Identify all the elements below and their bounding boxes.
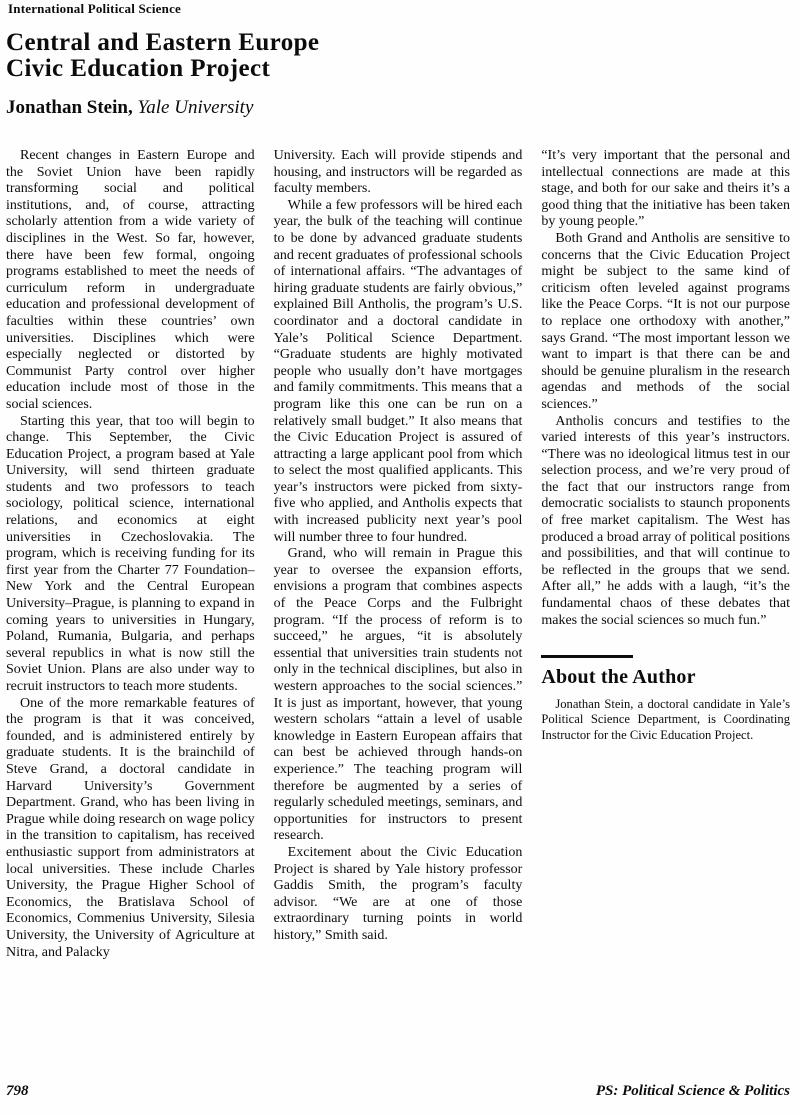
journal-title: PS: Political Science & Politics	[596, 1083, 790, 1100]
page-title-line-2: Civic Education Project	[6, 56, 319, 82]
section-label: International Political Science	[8, 1, 181, 17]
paragraph: Excitement about the Civic Education Pro…	[274, 845, 523, 945]
paragraph: “It’s very important that the personal a…	[541, 148, 790, 231]
paragraph: Both Grand and Antholis are sensitive to…	[541, 231, 790, 414]
about-heading: About the Author	[541, 669, 790, 686]
paragraph: Starting this year, that too will begin …	[6, 414, 255, 696]
column-3: “It’s very important that the personal a…	[541, 148, 790, 961]
column-2: University. Each will provide stipends a…	[274, 148, 523, 961]
page-title: Central and Eastern Europe Civic Educati…	[6, 30, 319, 82]
page-footer: 798 PS: Political Science & Politics	[6, 1083, 790, 1100]
byline: Jonathan Stein, Yale University	[6, 97, 253, 119]
paragraph: While a few professors will be hired eac…	[274, 198, 523, 546]
column-1: Recent changes in Eastern Europe and the…	[6, 148, 255, 961]
page-title-line-1: Central and Eastern Europe	[6, 30, 319, 56]
paragraph: Grand, who will remain in Prague this ye…	[274, 546, 523, 845]
journal-page: International Political Science Central …	[0, 0, 800, 1115]
page-number: 798	[6, 1083, 29, 1100]
section-divider-rule	[541, 655, 633, 658]
paragraph: Recent changes in Eastern Europe and the…	[6, 148, 255, 414]
author-affiliation: Yale University	[137, 97, 253, 118]
paragraph: One of the more remarkable features of t…	[6, 696, 255, 962]
about-the-author-section: About the Author Jonathan Stein, a docto…	[541, 655, 790, 743]
about-note: Jonathan Stein, a doctoral candidate in …	[541, 697, 790, 743]
article-columns: Recent changes in Eastern Europe and the…	[6, 148, 790, 961]
column-2-paragraphs: University. Each will provide stipends a…	[274, 148, 523, 945]
author-name: Jonathan Stein,	[6, 97, 133, 118]
column-3-paragraphs: “It’s very important that the personal a…	[541, 148, 790, 629]
paragraph: Antholis concurs and testifies to the va…	[541, 414, 790, 630]
column-1-paragraphs: Recent changes in Eastern Europe and the…	[6, 148, 255, 961]
paragraph: University. Each will provide stipends a…	[274, 148, 523, 198]
